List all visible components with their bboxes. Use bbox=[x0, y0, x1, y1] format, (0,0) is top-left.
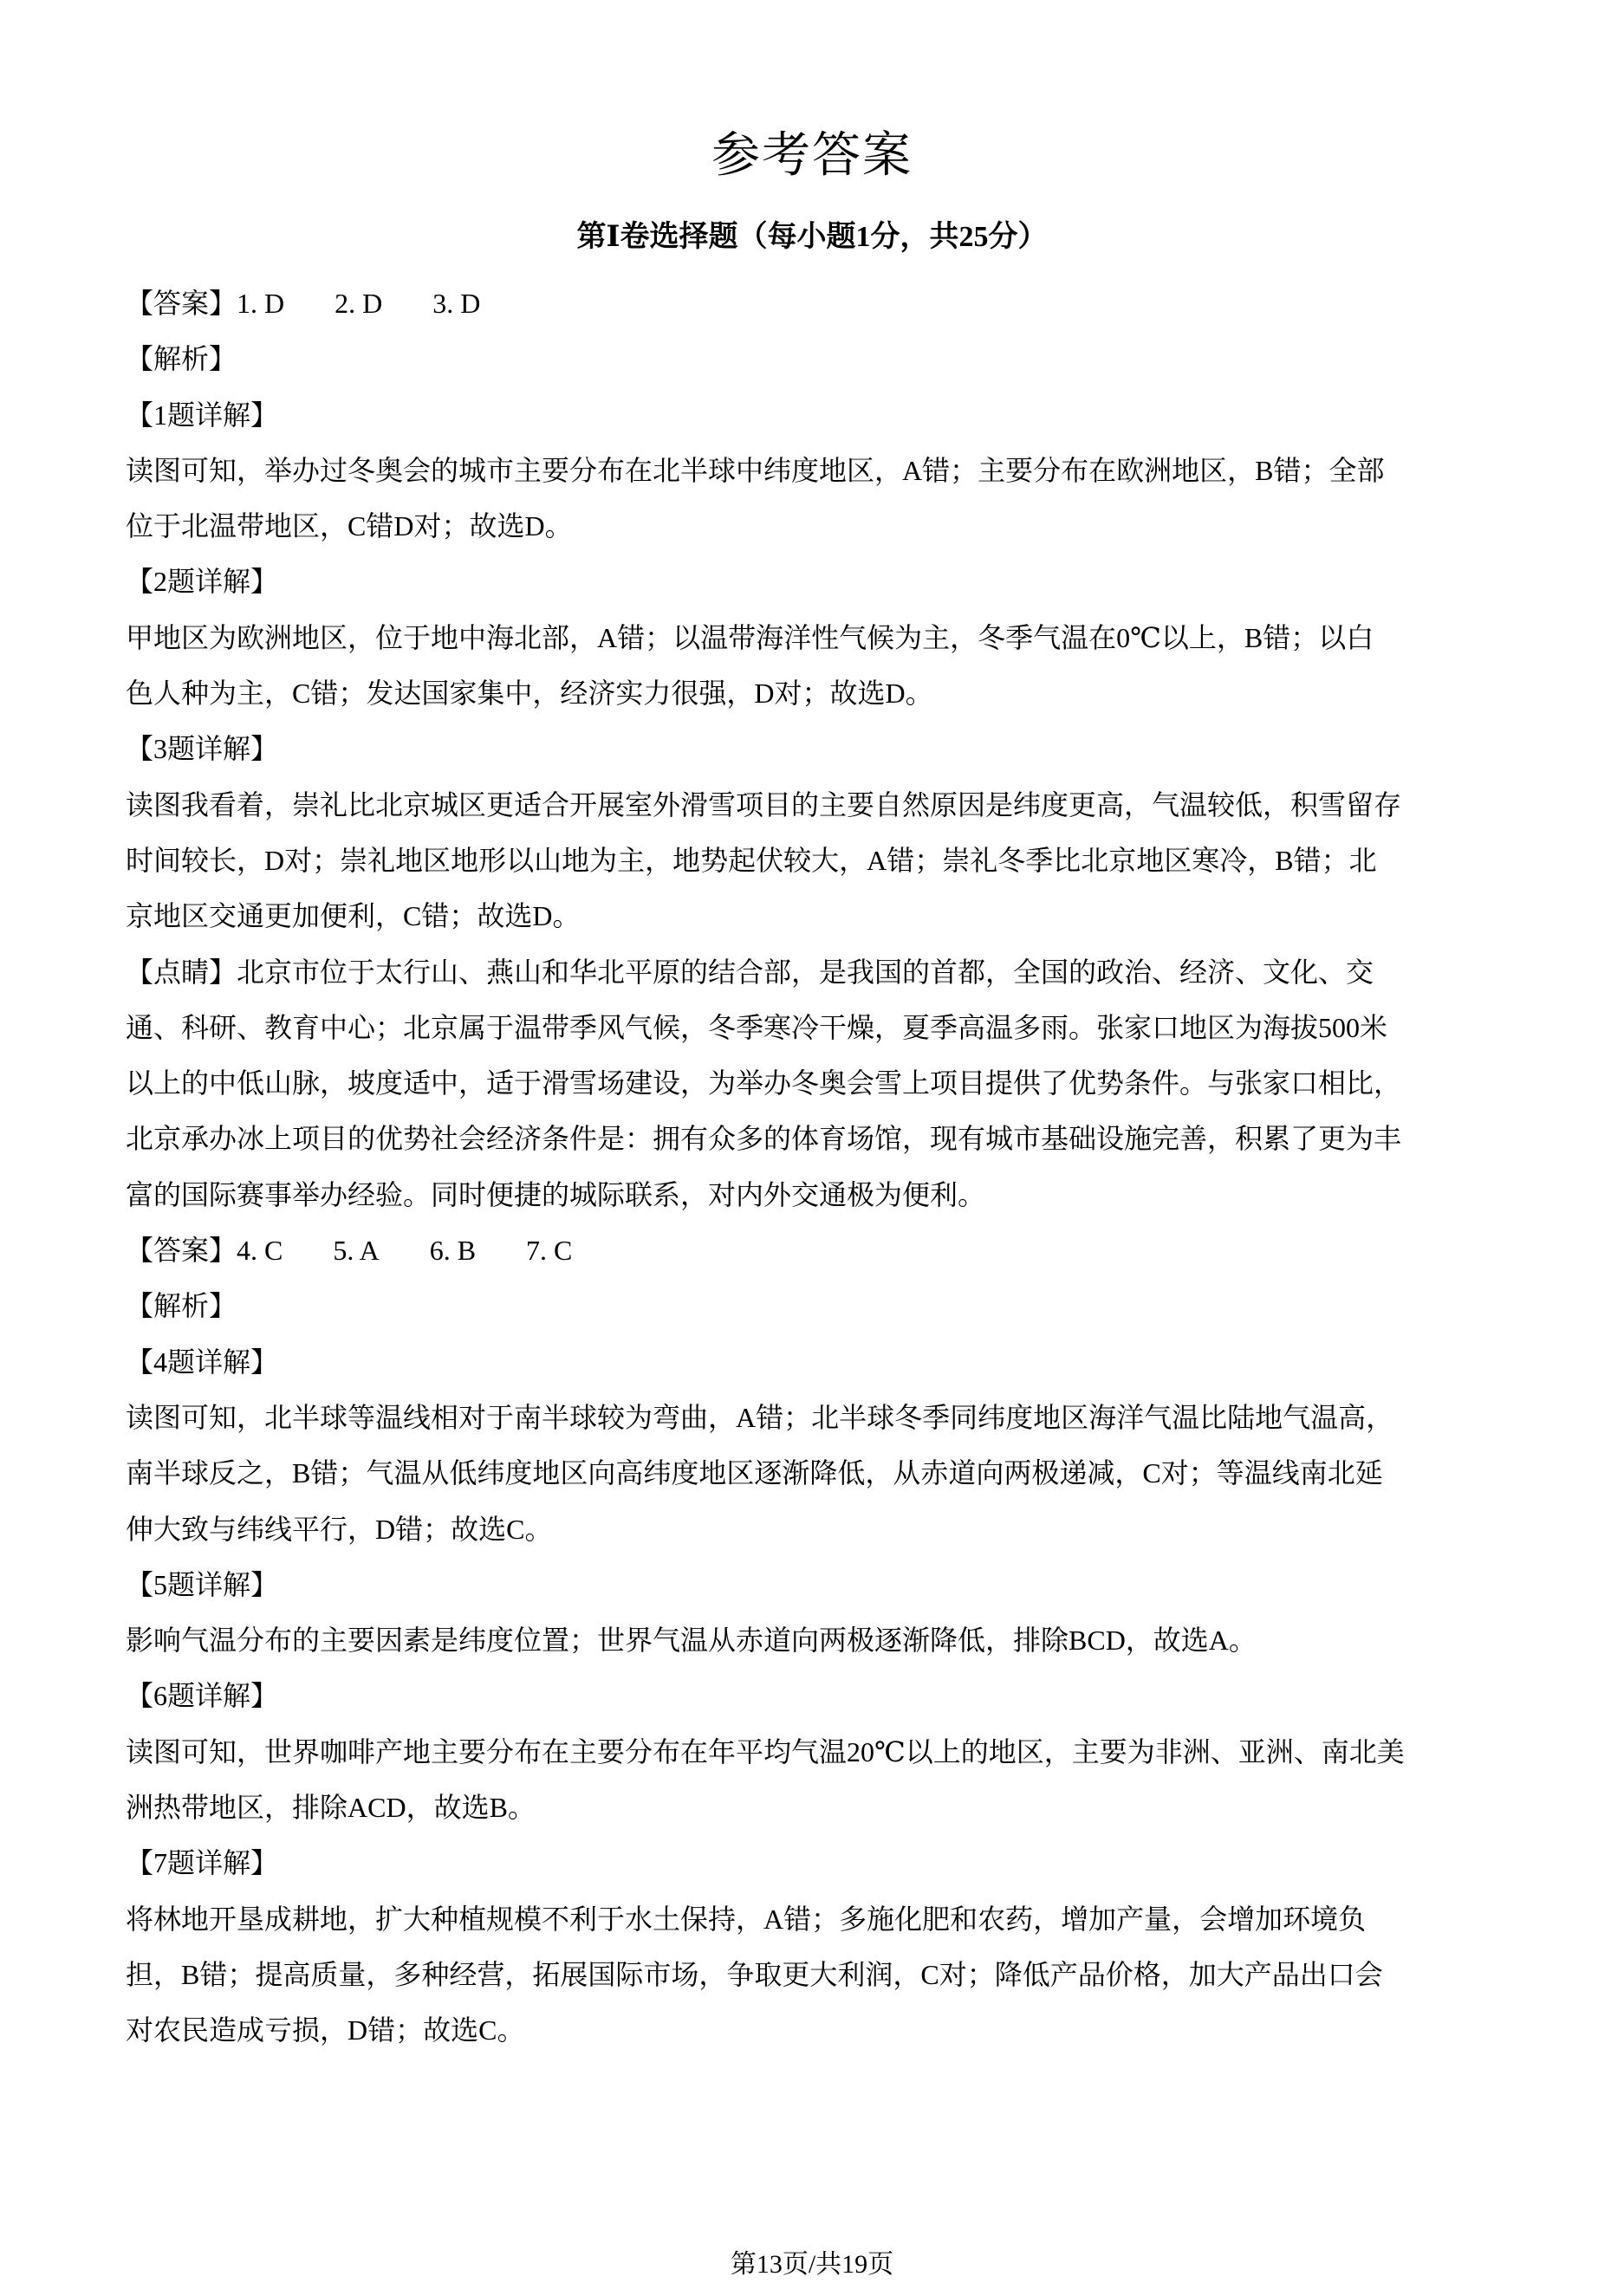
tip-text: 以上的中低山脉，坡度适中，适于滑雪场建设，为举办冬奥会雪上项目提供了优势条件。与… bbox=[126, 1055, 1469, 1111]
answer-body: 【答案】1. D2. D3. D 【解析】 【1题详解】 读图可知，举办过冬奥会… bbox=[126, 276, 1469, 2059]
detail-heading: 【2题详解】 bbox=[126, 554, 1469, 609]
analysis-label: 【解析】 bbox=[126, 1278, 1469, 1333]
detail-text: 将林地开垦成耕地，扩大种植规模不利于水土保持，A错；多施化肥和农药，增加产量，会… bbox=[126, 1891, 1469, 1947]
detail-heading: 【6题详解】 bbox=[126, 1668, 1469, 1723]
detail-text: 读图我看着，崇礼比北京城区更适合开展室外滑雪项目的主要自然原因是纬度更高，气温较… bbox=[126, 777, 1469, 833]
page-number: 第13页/共19页 bbox=[0, 2246, 1624, 2284]
answer-item: 7. C bbox=[526, 1223, 572, 1278]
detail-heading: 【4题详解】 bbox=[126, 1334, 1469, 1390]
detail-text: 伸大致与纬线平行，D错；故选C。 bbox=[126, 1501, 1469, 1557]
document-page: 参考答案 第Ⅰ卷选择题（每小题1分，共25分） 【答案】1. D2. D3. D… bbox=[0, 0, 1624, 2296]
detail-text: 影响气温分布的主要因素是纬度位置；世界气温从赤道向两极逐渐降低，排除BCD，故选… bbox=[126, 1612, 1469, 1668]
detail-text: 担，B错；提高质量，多种经营，拓展国际市场，争取更大利润，C对；降低产品价格，加… bbox=[126, 1947, 1469, 2002]
answer-label: 【答案】 bbox=[126, 1235, 237, 1266]
detail-text: 读图可知，北半球等温线相对于南半球较为弯曲，A错；北半球冬季同纬度地区海洋气温比… bbox=[126, 1390, 1469, 1445]
answer-label: 【答案】 bbox=[126, 288, 237, 319]
tip-text: 富的国际赛事举办经验。同时便捷的城际联系，对内外交通极为便利。 bbox=[126, 1167, 1469, 1223]
detail-text: 时间较长，D对；崇礼地区地形以山地为主，地势起伏较大，A错；崇礼冬季比北京地区寒… bbox=[126, 833, 1469, 888]
answer-item: 5. A bbox=[333, 1223, 379, 1278]
answer-item: 6. B bbox=[430, 1223, 476, 1278]
detail-heading: 【7题详解】 bbox=[126, 1835, 1469, 1891]
detail-text: 对农民造成亏损，D错；故选C。 bbox=[126, 2002, 1469, 2058]
detail-text: 京地区交通更加便利，C错；故选D。 bbox=[126, 888, 1469, 944]
answer-line: 【答案】4. C5. A6. B7. C bbox=[126, 1223, 1469, 1278]
detail-text: 读图可知，举办过冬奥会的城市主要分布在北半球中纬度地区，A错；主要分布在欧洲地区… bbox=[126, 443, 1469, 498]
detail-text: 读图可知，世界咖啡产地主要分布在主要分布在年平均气温20℃以上的地区，主要为非洲… bbox=[126, 1724, 1469, 1780]
answer-item: 4. C bbox=[237, 1223, 283, 1278]
detail-heading: 【1题详解】 bbox=[126, 387, 1469, 443]
detail-text: 色人种为主，C错；发达国家集中，经济实力很强，D对；故选D。 bbox=[126, 665, 1469, 721]
answer-line: 【答案】1. D2. D3. D bbox=[126, 276, 1469, 331]
answer-item: 2. D bbox=[335, 276, 382, 331]
detail-heading: 【5题详解】 bbox=[126, 1557, 1469, 1612]
answer-item: 3. D bbox=[432, 276, 480, 331]
tip-text: 北京承办冰上项目的优势社会经济条件是：拥有众多的体育场馆，现有城市基础设施完善，… bbox=[126, 1111, 1469, 1166]
detail-text: 位于北温带地区，C错D对；故选D。 bbox=[126, 498, 1469, 554]
detail-text: 甲地区为欧洲地区，位于地中海北部，A错；以温带海洋性气候为主，冬季气温在0℃以上… bbox=[126, 610, 1469, 665]
detail-text: 南半球反之，B错；气温从低纬度地区向高纬度地区逐渐降低，从赤道向两极递减，C对；… bbox=[126, 1445, 1469, 1501]
tip-text: 【点睛】北京市位于太行山、燕山和华北平原的结合部，是我国的首都，全国的政治、经济… bbox=[126, 944, 1469, 1000]
answer-item: 1. D bbox=[237, 276, 284, 331]
tip-text: 通、科研、教育中心；北京属于温带季风气候，冬季寒冷干燥，夏季高温多雨。张家口地区… bbox=[126, 1000, 1469, 1055]
section-heading: 第Ⅰ卷选择题（每小题1分，共25分） bbox=[0, 217, 1624, 258]
detail-text: 洲热带地区，排除ACD，故选B。 bbox=[126, 1780, 1469, 1835]
analysis-label: 【解析】 bbox=[126, 331, 1469, 386]
detail-heading: 【3题详解】 bbox=[126, 721, 1469, 776]
page-title: 参考答案 bbox=[0, 121, 1624, 191]
